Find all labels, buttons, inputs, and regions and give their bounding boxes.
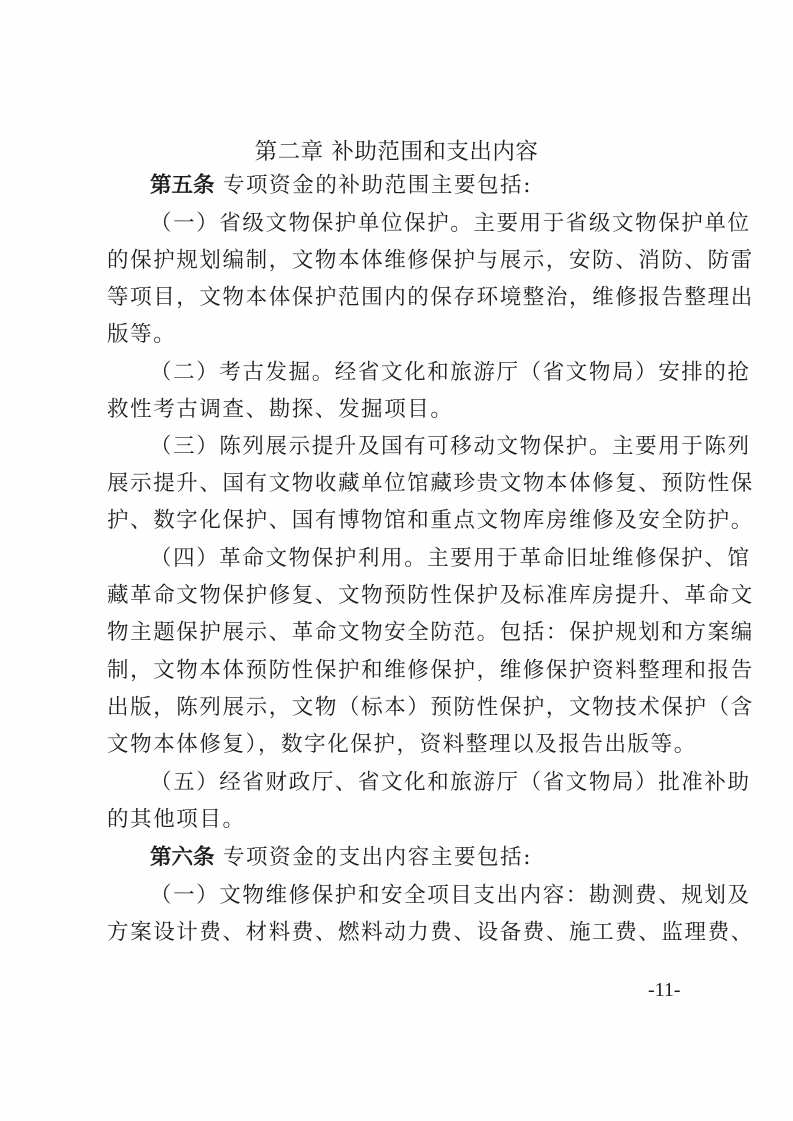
article-6-intro: 专项资金的支出内容主要包括: <box>215 845 533 870</box>
document-page: 第二章 补助范围和支出内容 第五条 专项资金的补助范围主要包括: （一）省级文物… <box>0 0 793 1121</box>
paragraph-line: 制，文物本体预防性保护和维修保护，维修保护资料整理和报告 <box>107 657 707 685</box>
paragraph-line: 版等。 <box>107 321 707 349</box>
chapter-title: 第二章 补助范围和支出内容 <box>0 137 793 167</box>
paragraph-line: 物主题保护展示、革命文物安全防范。包括：保护规划和方案编 <box>107 619 707 647</box>
article-6-label: 第六条 <box>150 845 215 870</box>
paragraph-line: （三）陈列展示提升及国有可移动文物保护。主要用于陈列 <box>150 433 707 461</box>
article-5-heading-line: 第五条 专项资金的补助范围主要包括: <box>150 172 707 200</box>
paragraph-line: 的其他项目。 <box>107 806 707 834</box>
paragraph-line: 展示提升、国有文物收藏单位馆藏珍贵文物本体修复、预防性保 <box>107 470 707 498</box>
paragraph-line: 藏革命文物保护修复、文物预防性保护及标准库房提升、革命文 <box>107 582 707 610</box>
paragraph-line: （一）省级文物保护单位保护。主要用于省级文物保护单位 <box>150 210 707 238</box>
article-5-intro: 专项资金的补助范围主要包括: <box>215 173 533 198</box>
paragraph-line: 护、数字化保护、国有博物馆和重点文物库房维修及安全防护。 <box>107 507 707 535</box>
paragraph-line: 的保护规划编制，文物本体维修保护与展示，安防、消防、防雷 <box>107 247 707 275</box>
paragraph-line: 等项目，文物本体保护范围内的保存环境整治，维修报告整理出 <box>107 284 707 312</box>
article-6-heading-line: 第六条 专项资金的支出内容主要包括: <box>150 844 707 872</box>
paragraph-line: 出版，陈列展示，文物（标本）预防性保护，文物技术保护（含 <box>107 694 707 722</box>
paragraph-line: （四）革命文物保护利用。主要用于革命旧址维修保护、馆 <box>150 545 707 573</box>
page-number: -11- <box>648 978 681 1002</box>
paragraph-line: （五）经省财政厅、省文化和旅游厅（省文物局）批准补助 <box>150 769 707 797</box>
paragraph-line: 文物本体修复），数字化保护，资料整理以及报告出版等。 <box>107 731 707 759</box>
paragraph-line: 方案设计费、材料费、燃料动力费、设备费、施工费、监理费、 <box>107 919 707 947</box>
paragraph-line: （一）文物维修保护和安全项目支出内容：勘测费、规划及 <box>150 882 707 910</box>
paragraph-line: 救性考古调查、勘探、发掘项目。 <box>107 396 707 424</box>
paragraph-line: （二）考古发掘。经省文化和旅游厅（省文物局）安排的抢 <box>150 359 707 387</box>
article-5-label: 第五条 <box>150 173 215 198</box>
